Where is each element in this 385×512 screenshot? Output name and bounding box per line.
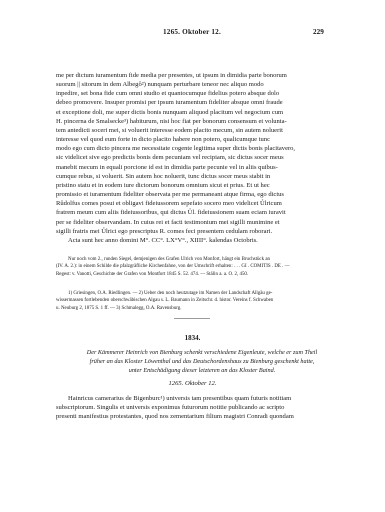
- running-head: 1265. Oktober 12. 229: [0, 28, 385, 38]
- text-line: pristino statu et in eodem iure dictorum…: [56, 181, 345, 190]
- text-line: modo ego cum dicto pincera me necessitat…: [56, 144, 345, 153]
- dating-clause: Acta sunt hec anno domini M°. CC°. LX°V°…: [56, 236, 345, 245]
- text-line: promissio et iuramentum fideliter observ…: [56, 190, 345, 199]
- text-line: Rûdolfus comes posui et obligavi fideius…: [56, 199, 345, 208]
- text-line: cumque rebus, si voluerit. Sin autem hoc…: [56, 172, 345, 181]
- text-line: tem antedicti soceri mei, si voluerit in…: [56, 126, 345, 135]
- text-line: Hainricus camerarius de Bigenburc¹) univ…: [56, 394, 345, 403]
- footnotes: 1) Griesingen, O.A. Riedlingen. — 2) Ueb…: [56, 290, 345, 312]
- document-page: 1265. Oktober 12. 229 me per dictum iura…: [0, 0, 385, 512]
- text-line: manebit mecum in equali porcione id est …: [56, 163, 345, 172]
- text-line: debeo promovere. Insuper promisi per ips…: [56, 98, 345, 107]
- text-line: et exceptione doli, me super dictis boni…: [56, 108, 345, 117]
- footnote-line: wissermassen fortlebenden oberschwäbisch…: [56, 297, 345, 304]
- text-line: interesse vel quod eum forte in dicto pl…: [56, 135, 345, 144]
- text-line: me per dictum iuramentum fide media per …: [56, 71, 345, 80]
- text-line: presenti manifestius protestantes, quod …: [56, 412, 345, 421]
- note-line: Regest: v. Vanotti, Geschichte der Grafe…: [56, 271, 345, 278]
- footnote-line: 1) Griesingen, O.A. Riedlingen. — 2) Ueb…: [56, 290, 345, 297]
- text-line: per se fideliter observandam. In cuius r…: [56, 218, 345, 227]
- regest-line: früher an das Kloster Löwenthal und das …: [62, 357, 342, 366]
- document-date: 1265. Oktober 12.: [0, 380, 385, 387]
- text-line: sigilli fratris mei Ůlrici ego prescript…: [56, 227, 345, 236]
- charter-continuation-text: me per dictum iuramentum fide media per …: [56, 71, 345, 245]
- seal-note: Nur noch vom 2., runden Siegel, demjenig…: [56, 256, 345, 278]
- text-line: H. pincerna de Smalsecke³) habiturum, ni…: [56, 117, 345, 126]
- charter-text: Hainricus camerarius de Bigenburc¹) univ…: [56, 394, 345, 421]
- text-line: subscriptorum. Singulis et universis exp…: [56, 403, 345, 412]
- document-number: 1834.: [0, 334, 385, 342]
- running-head-title: 1265. Oktober 12.: [163, 28, 221, 36]
- text-line: inpedire, set bona fide cum omni studio …: [56, 89, 345, 98]
- text-line: fratrem meum cum aliis fideiussoribus, q…: [56, 208, 345, 217]
- section-divider: [174, 318, 210, 319]
- document-regest: Der Kämmerer Heinrich von Bienburg schen…: [62, 348, 342, 375]
- text-line: suorum || sitorum in dem Albegô²) nunqua…: [56, 80, 345, 89]
- text-line: sic videlicet sive ego predictis bonis d…: [56, 153, 345, 162]
- regest-line: Der Kämmerer Heinrich von Bienburg schen…: [62, 348, 342, 357]
- footnote-line: u. Neuburg 2, 1875 S. 1 ff. — 3) Schmale…: [56, 305, 345, 312]
- page-number: 229: [313, 28, 324, 36]
- note-line: (IV. A. 2.): in einem Schilde die pfalzg…: [56, 263, 345, 270]
- regest-line: unter Entschädigung dieser letzteren an …: [62, 366, 342, 375]
- note-line: Nur noch vom 2., runden Siegel, demjenig…: [56, 256, 345, 263]
